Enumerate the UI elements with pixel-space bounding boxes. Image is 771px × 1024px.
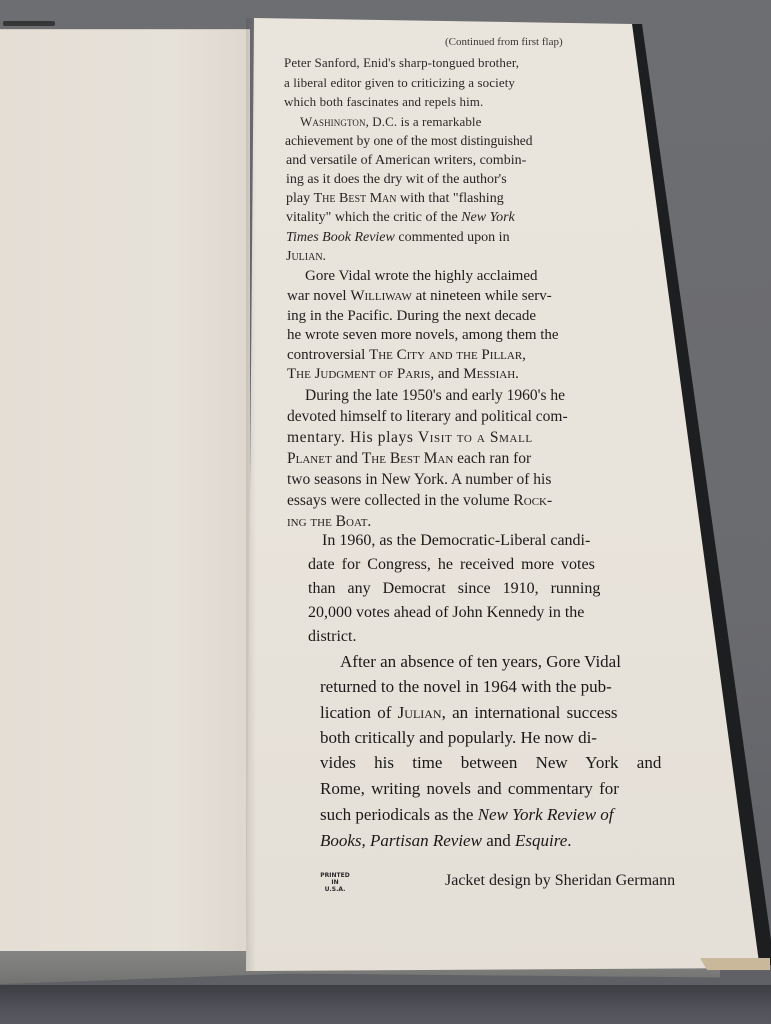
flap-line: date for Congress, he received more vote… <box>308 556 595 574</box>
flap-line: controversial The City and the Pillar, <box>287 347 526 364</box>
flap-line: which both fascinates and repels him. <box>284 94 483 110</box>
flap-line: Times Book Review commented upon in <box>286 230 510 246</box>
left-endpaper <box>0 29 250 951</box>
book-photo: (Continued from first flap) Peter Sanfor… <box>0 0 771 1024</box>
cover-edge <box>3 21 55 26</box>
flap-line: Peter Sanford, Enid's sharp-tongued brot… <box>284 55 519 71</box>
flap-line: both critically and popularly. He now di… <box>320 728 597 748</box>
flap-line: ing the Boat. <box>287 513 371 531</box>
flap-line: district. <box>308 628 356 646</box>
flap-line: a liberal editor given to criticizing a … <box>284 75 515 91</box>
flap-line: lication of Julian, an international suc… <box>320 703 618 723</box>
jacket-credit: Jacket design by Sheridan Germann <box>445 872 675 890</box>
printed-in-usa-stamp: PRINTED IN U.S.A. <box>316 872 354 898</box>
flap-line: war novel Williwaw at nineteen while ser… <box>287 288 552 305</box>
flap-line: essays were collected in the volume Rock… <box>287 492 552 510</box>
flap-line: play The Best Man with that "flashing <box>286 191 504 207</box>
table-surface <box>0 985 771 1024</box>
flap-line: achievement by one of the most distingui… <box>285 133 532 149</box>
flap-line: devoted himself to literary and politica… <box>287 408 568 426</box>
flap-line: he wrote seven more novels, among them t… <box>287 327 559 344</box>
flap-line: ing in the Pacific. During the next deca… <box>287 308 536 325</box>
flap-line: vitality" which the critic of the New Yo… <box>286 210 515 226</box>
flap-line: Books, Partisan Review and Esquire. <box>320 831 572 851</box>
flap-line: After an absence of ten years, Gore Vida… <box>340 652 621 672</box>
flap-line: and versatile of American writers, combi… <box>286 153 526 169</box>
page-edge <box>700 958 770 970</box>
flap-line: The Judgment of Paris, and Messiah. <box>287 366 519 383</box>
flap-line: Rome, writing novels and commentary for <box>320 779 619 799</box>
flap-line: Julian. <box>286 249 326 265</box>
flap-line: vides his time between New York and <box>320 753 661 773</box>
flap-line: 20,000 votes ahead of John Kennedy in th… <box>308 604 584 622</box>
flap-line: In 1960, as the Democratic-Liberal candi… <box>322 532 590 550</box>
flap-line: than any Democrat since 1910, running <box>308 580 600 598</box>
flap-line: Washington, D.C. is a remarkable <box>300 114 482 130</box>
flap-line: Gore Vidal wrote the highly acclaimed <box>305 268 538 285</box>
flap-line: two seasons in New York. A number of his <box>287 471 551 489</box>
flap-line: Planet and The Best Man each ran for <box>287 450 531 468</box>
flap-line: During the late 1950's and early 1960's … <box>305 387 565 405</box>
flap-line: mentary. His plays Visit to a Small <box>287 429 533 447</box>
flap-line: ing as it does the dry wit of the author… <box>286 172 507 188</box>
flap-line: such periodicals as the New York Review … <box>320 805 614 825</box>
flap-fold-shadow <box>246 18 256 971</box>
flap-line: returned to the novel in 1964 with the p… <box>320 677 612 697</box>
continued-note: (Continued from first flap) <box>445 36 563 48</box>
